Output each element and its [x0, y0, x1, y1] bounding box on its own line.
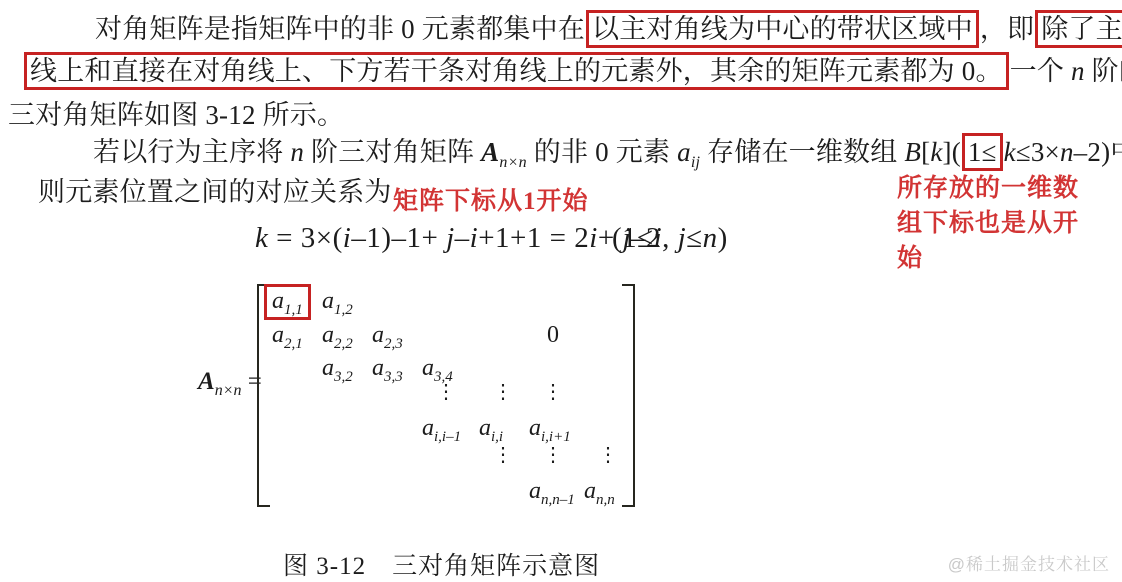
text-segment: n [703, 222, 718, 254]
text-segment: n×n [499, 154, 526, 171]
text-segment: [ [921, 137, 930, 167]
text-segment: ij [691, 154, 700, 171]
text-segment: 的非 0 元素 [527, 137, 677, 167]
text-segment: = 3×( [268, 222, 342, 254]
matrix-cell: a2,3 [372, 321, 403, 349]
matrix-cell: ⋮ [543, 378, 563, 406]
index-formula: k = 3×(i–1)–1+ j–i+1+1 = 2i+ j–2 [255, 222, 661, 255]
matrix-cell: ai,i–1 [422, 414, 461, 442]
text-segment: ，即 [980, 14, 1034, 44]
text-segment: –1)–1+ [351, 222, 446, 254]
text-segment: (1≤ [612, 222, 654, 254]
text-segment: a [677, 137, 691, 167]
text-segment: 一个 [1010, 56, 1071, 86]
text-segment: 三对角矩阵如图 3-12 所示。 [8, 100, 344, 130]
text-segment: A [481, 137, 499, 167]
paragraph1-line1: 对角矩阵是指矩阵中的非 0 元素都集中在以主对角线为中心的带状区域中，即除了主对… [95, 11, 1122, 47]
matrix-cell: ⋮ [493, 441, 513, 469]
matrix-cell: a1,2 [322, 287, 353, 315]
text-segment: j [446, 222, 455, 254]
matrix-cell: an,n [584, 477, 615, 505]
red-highlight-box: 1≤ [962, 133, 1003, 171]
matrix-cell: a2,1 [272, 321, 303, 349]
text-segment: n [1060, 137, 1074, 167]
text-segment: i [589, 222, 598, 254]
text-segment: n×n [215, 382, 242, 399]
text-segment: –2)中， [1074, 137, 1122, 167]
handwritten-note-right-line1: 所存放的一维数 [897, 171, 1079, 206]
matrix-cell: ⋮ [598, 441, 618, 469]
text-segment: 存储在一维数组 [700, 137, 904, 167]
handwritten-note-inline: 矩阵下标从1开始 [393, 181, 589, 217]
text-segment: k [930, 137, 942, 167]
paragraph1-line2: 线上和直接在对角线上、下方若干条对角线上的元素外，其余的矩阵元素都为 0。一个 … [23, 53, 1122, 89]
text-segment: = [241, 368, 261, 395]
matrix-cell: ai,i [479, 414, 503, 442]
matrix-cell: a3,3 [372, 354, 403, 382]
text-segment: 则元素位置之间的对应关系为 [38, 177, 392, 207]
text-segment: ≤ [686, 222, 702, 254]
matrix-cell: an,n–1 [529, 477, 575, 505]
text-segment: n [290, 137, 304, 167]
red-highlight-box: 以主对角线为中心的带状区域中 [586, 10, 979, 48]
handwritten-note-right: 所存放的一维数 组下标也是从开 始 [897, 171, 1079, 276]
matrix-bracket-left [257, 284, 270, 507]
matrix-cell: ⋮ [436, 378, 456, 406]
text-segment: i [470, 222, 479, 254]
text-segment: , [662, 222, 678, 254]
text-segment: 若以行为主序将 [93, 137, 290, 167]
text-segment: ≤3× [1016, 137, 1060, 167]
matrix-cell-highlighted: a1,1 [264, 284, 311, 320]
text-segment: 阶的 [1085, 56, 1122, 86]
matrix-cell: 0 [547, 321, 559, 349]
matrix-cell: a2,2 [322, 321, 353, 349]
text-segment: ]( [943, 137, 961, 167]
matrix-cell: a3,2 [322, 354, 353, 382]
watermark: @稀土掘金技术社区 [948, 550, 1110, 575]
index-formula-condition: (1≤i, j≤n) [612, 222, 728, 255]
textbook-page: 对角矩阵是指矩阵中的非 0 元素都集中在以主对角线为中心的带状区域中，即除了主对… [0, 0, 1122, 582]
handwritten-note-right-line3: 始 [897, 241, 1079, 276]
text-segment: A [198, 368, 215, 395]
text-segment: n [1071, 56, 1085, 86]
red-highlight-box: 线上和直接在对角线上、下方若干条对角线上的元素外，其余的矩阵元素都为 0。 [24, 52, 1009, 90]
figure-caption: 图 3-12 三对角矩阵示意图 [283, 546, 600, 582]
paragraph1-line3: 三对角矩阵如图 3-12 所示。 [8, 97, 344, 133]
matrix-cell: ⋮ [543, 441, 563, 469]
text-segment: B [904, 137, 921, 167]
text-segment: j [678, 222, 687, 254]
text-segment: i [654, 222, 663, 254]
matrix-bracket-right [622, 284, 635, 507]
text-segment: 阶三对角矩阵 [304, 137, 481, 167]
text-segment: ) [718, 222, 728, 254]
text-segment: 对角矩阵是指矩阵中的非 0 元素都集中在 [95, 14, 585, 44]
text-segment: k [1004, 137, 1016, 167]
text-segment: k [255, 222, 268, 254]
handwritten-note-right-line2: 组下标也是从开 [897, 206, 1079, 241]
matrix-cell: a3,4 [422, 354, 453, 382]
text-segment: +1+1 = 2 [478, 222, 589, 254]
red-highlight-box: 除了主对角 [1035, 10, 1122, 48]
paragraph2-line2: 则元素位置之间的对应关系为 [38, 174, 392, 210]
matrix-cell: ⋮ [493, 378, 513, 406]
matrix-cell: ai,i+1 [529, 414, 571, 442]
text-segment: – [455, 222, 470, 254]
matrix-label: An×n = [198, 368, 262, 400]
